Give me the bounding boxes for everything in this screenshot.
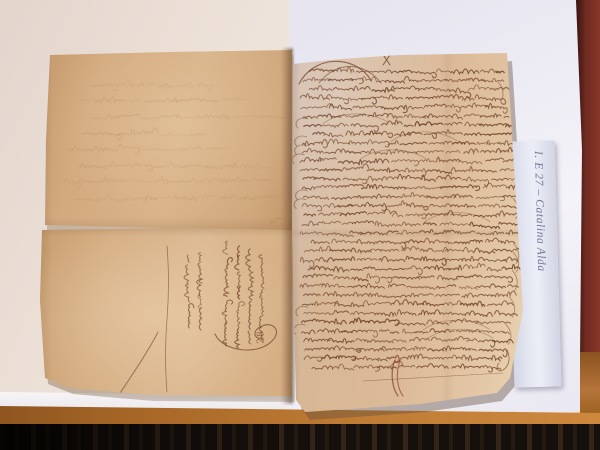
folio-number-mark: 28 [257,330,267,343]
manuscript-recto-page [291,50,528,416]
table-edge-sliver [580,352,600,416]
manuscript-script [291,50,528,416]
folded-letter-upper-leaf [40,49,292,232]
showthrough-script [40,49,292,232]
archival-slip-inscription: I. E 27 – Catalina Alda [532,151,550,383]
docket-script-rotated [37,228,293,398]
folded-letter-lower-leaf: 28 [37,228,293,398]
fold-gutter-shadow [281,48,293,404]
dark-floor [0,424,600,450]
photo-frame: 28 I. E 27 – Catalina Alda [0,0,600,450]
